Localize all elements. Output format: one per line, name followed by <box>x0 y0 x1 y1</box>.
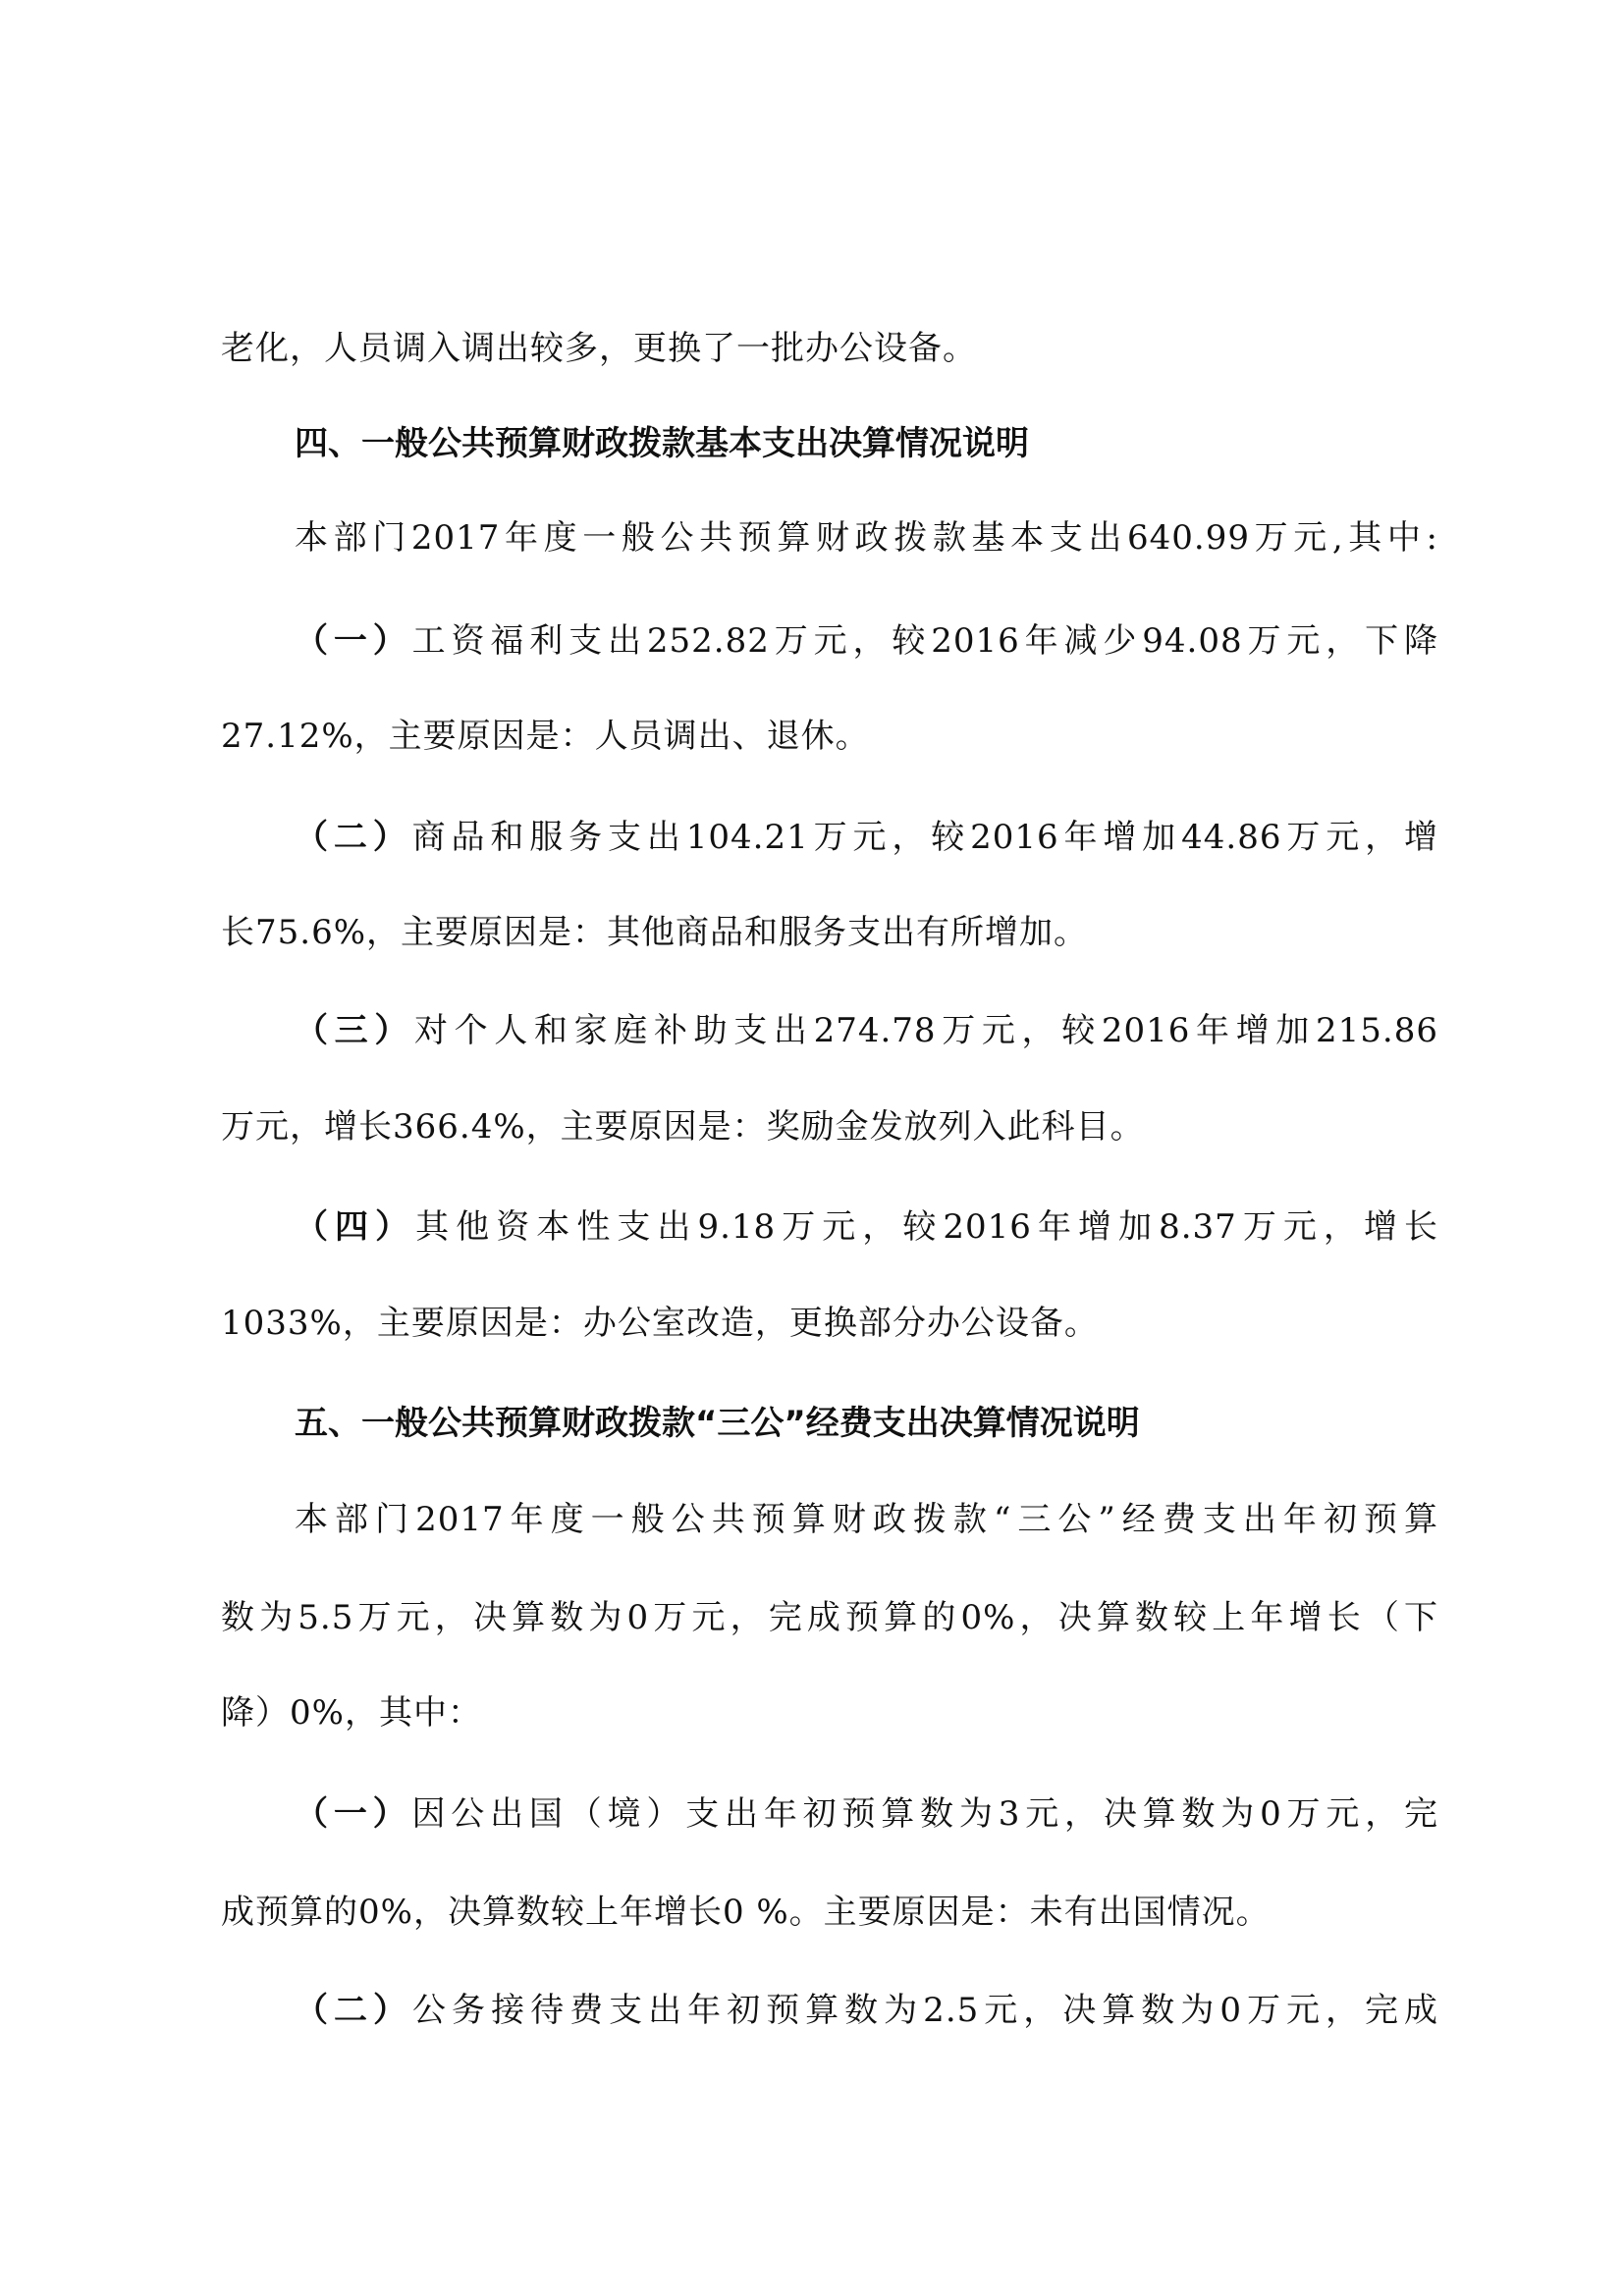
three-public-intro-line-3: 降）0%，其中： <box>221 1693 1438 1733</box>
document-page: 老化，人员调入调出较多，更换了一批办公设备。 四、一般公共预算财政拨款基本支出决… <box>0 0 1624 2296</box>
section-heading-5: 五、一般公共预算财政拨款“三公”经费支出决算情况说明 <box>295 1404 1438 1443</box>
sub-item-2-text: 公务接待费支出年初预算数为2.5元，决算数为0万元，完成 <box>412 1991 1438 2030</box>
item-2-goods-line-2: 长75.6%，主要原因是：其他商品和服务支出有所增加。 <box>221 913 1438 952</box>
item-1-wages-line-2: 27.12%，主要原因是：人员调出、退休。 <box>221 717 1438 756</box>
item-1-wages-line-1: （一）工资福利支出252.82万元，较2016年减少94.08万元，下降 <box>295 621 1438 661</box>
item-3-text: 对个人和家庭补助支出274.78万元，较2016年增加215.86 <box>414 1011 1438 1050</box>
sub-item-1-text: 因公出国（境）支出年初预算数为3元，决算数为0万元，完 <box>411 1794 1438 1834</box>
item-4-capital-line-1: （四）其他资本性支出9.18万元，较2016年增加8.37万元，增长 <box>295 1207 1438 1247</box>
item-2-text: 商品和服务支出104.21万元，较2016年增加44.86万元，增 <box>412 818 1438 857</box>
sub-item-1-prefix: （一） <box>295 1794 411 1834</box>
item-3-subsidy-line-2: 万元，增长366.4%，主要原因是：奖励金发放列入此科目。 <box>221 1107 1438 1147</box>
item-4-capital-line-2: 1033%，主要原因是：办公室改造，更换部分办公设备。 <box>221 1304 1438 1343</box>
item-4-prefix: （四） <box>295 1207 415 1247</box>
item-3-prefix: （三） <box>295 1011 414 1050</box>
item-2-prefix: （二） <box>295 818 412 857</box>
sub-item-2-prefix: （二） <box>295 1991 412 2030</box>
section-heading-4: 四、一般公共预算财政拨款基本支出决算情况说明 <box>295 424 1438 463</box>
item-1-prefix: （一） <box>295 621 412 661</box>
paragraph-basic-expenditure-intro: 本部门2017年度一般公共预算财政拨款基本支出640.99万元,其中: <box>295 518 1438 558</box>
three-public-intro-line-1: 本部门2017年度一般公共预算财政拨款“三公”经费支出年初预算 <box>295 1500 1438 1539</box>
item-2-goods-line-1: （二）商品和服务支出104.21万元，较2016年增加44.86万元，增 <box>295 818 1438 857</box>
sub-item-1-overseas-line-1: （一）因公出国（境）支出年初预算数为3元，决算数为0万元，完 <box>295 1794 1438 1834</box>
sub-item-2-reception-line-1: （二）公务接待费支出年初预算数为2.5元，决算数为0万元，完成 <box>295 1991 1438 2030</box>
three-public-intro-line-2: 数为5.5万元，决算数为0万元，完成预算的0%，决算数较上年增长（下 <box>221 1598 1438 1637</box>
item-3-subsidy-line-1: （三）对个人和家庭补助支出274.78万元，较2016年增加215.86 <box>295 1011 1438 1050</box>
sub-item-1-overseas-line-2: 成预算的0%，决算数较上年增长0 %。主要原因是：未有出国情况。 <box>221 1893 1438 1932</box>
item-4-text: 其他资本性支出9.18万元，较2016年增加8.37万元，增长 <box>415 1207 1438 1247</box>
paragraph-line-continuation: 老化，人员调入调出较多，更换了一批办公设备。 <box>221 329 1438 368</box>
item-1-text: 工资福利支出252.82万元，较2016年减少94.08万元，下降 <box>412 621 1438 661</box>
